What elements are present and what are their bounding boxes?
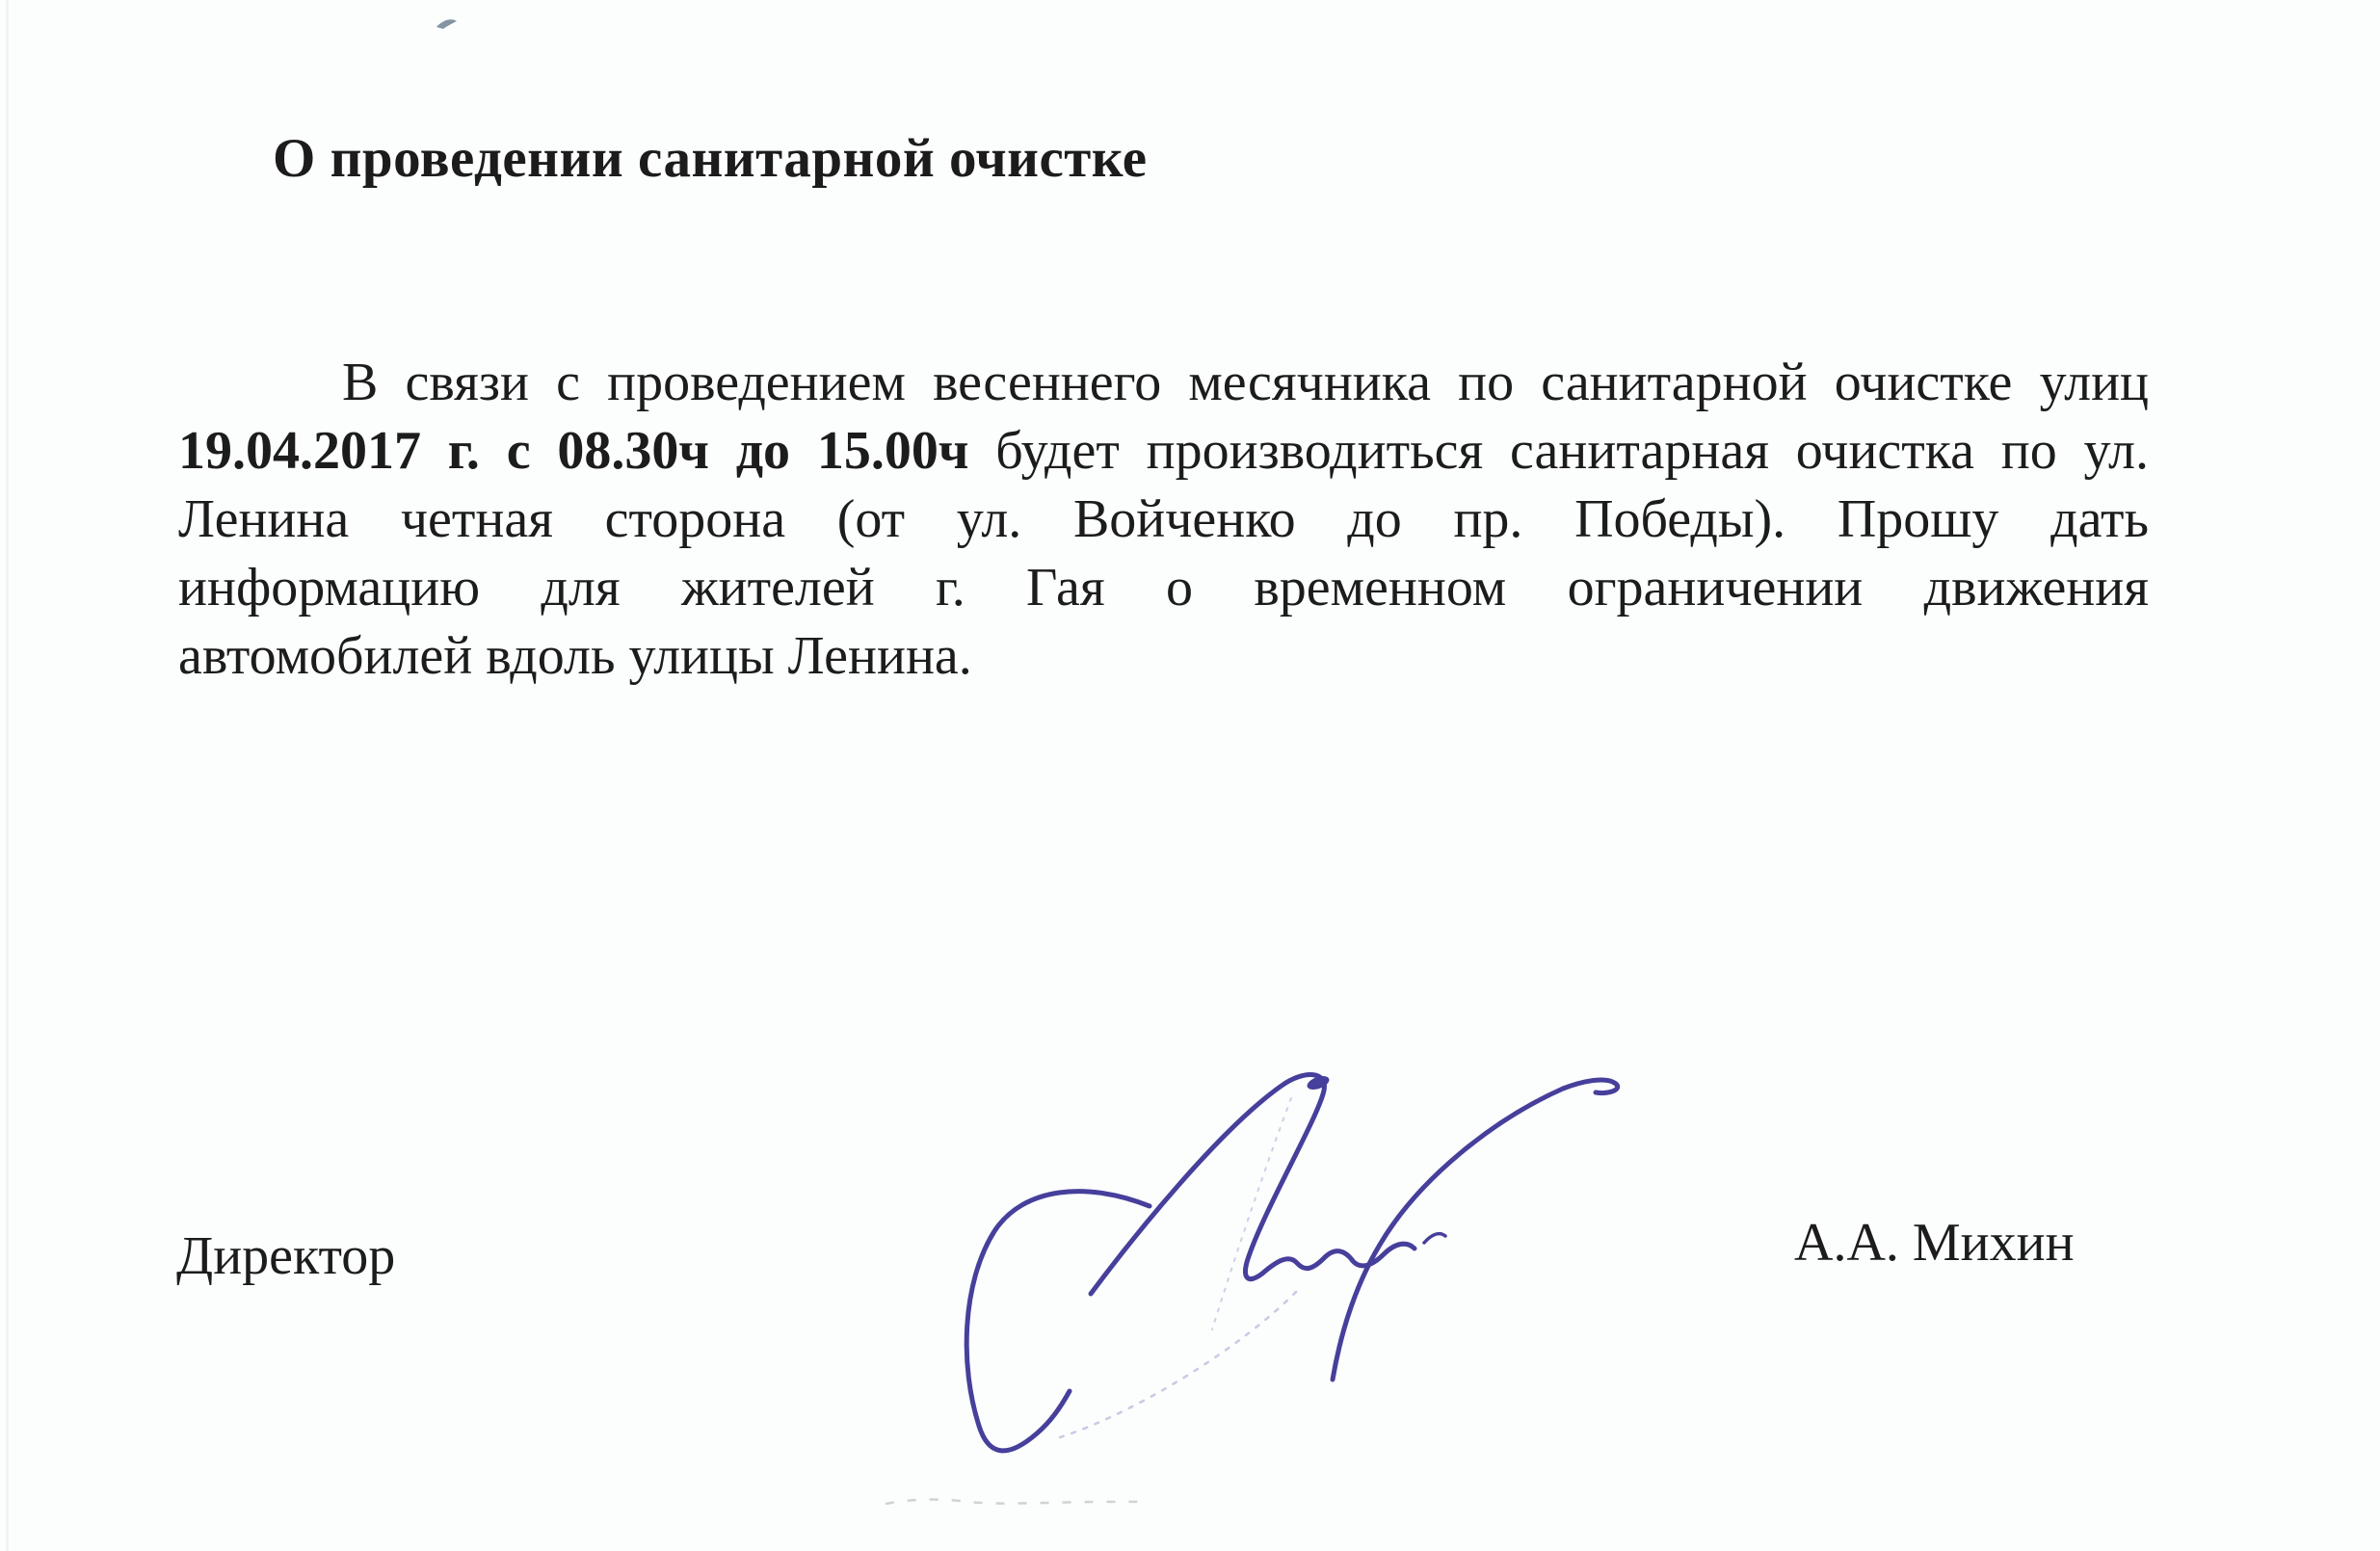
body-paragraph: В связи с проведением весеннего месячник… xyxy=(178,349,2149,691)
signoff-role-label: Директор xyxy=(176,1225,395,1287)
scan-edge-artifact xyxy=(6,0,9,1551)
bottom-smudge-artifact xyxy=(882,1495,1151,1509)
ink-speck xyxy=(434,13,463,35)
paragraph-line-2: 19.04.2017 г. с 08.30ч до 15.00ч будет п… xyxy=(178,417,2149,486)
paragraph-line-1: В связи с проведением весеннего месячник… xyxy=(178,349,2149,417)
scanned-letter-page: О проведении санитарной очистке В связи … xyxy=(0,0,2380,1551)
bold-date-time-segment: 19.04.2017 г. с 08.30ч до 15.00ч xyxy=(178,421,968,481)
line-2-regular-segment: будет производиться санитарная очистка п… xyxy=(995,421,2149,481)
handwritten-signature xyxy=(944,1040,1677,1522)
document-title: О проведении санитарной очистке xyxy=(273,127,1148,190)
paragraph-line-4: информацию для жителей г. Гая о временно… xyxy=(178,554,2149,622)
signoff-name-label: А.А. Михин xyxy=(1794,1212,2075,1274)
paragraph-line-3: Ленина четная сторона (от ул. Войченко д… xyxy=(178,486,2149,554)
paragraph-line-5: автомобилей вдоль улицы Ленина. xyxy=(178,622,2149,691)
